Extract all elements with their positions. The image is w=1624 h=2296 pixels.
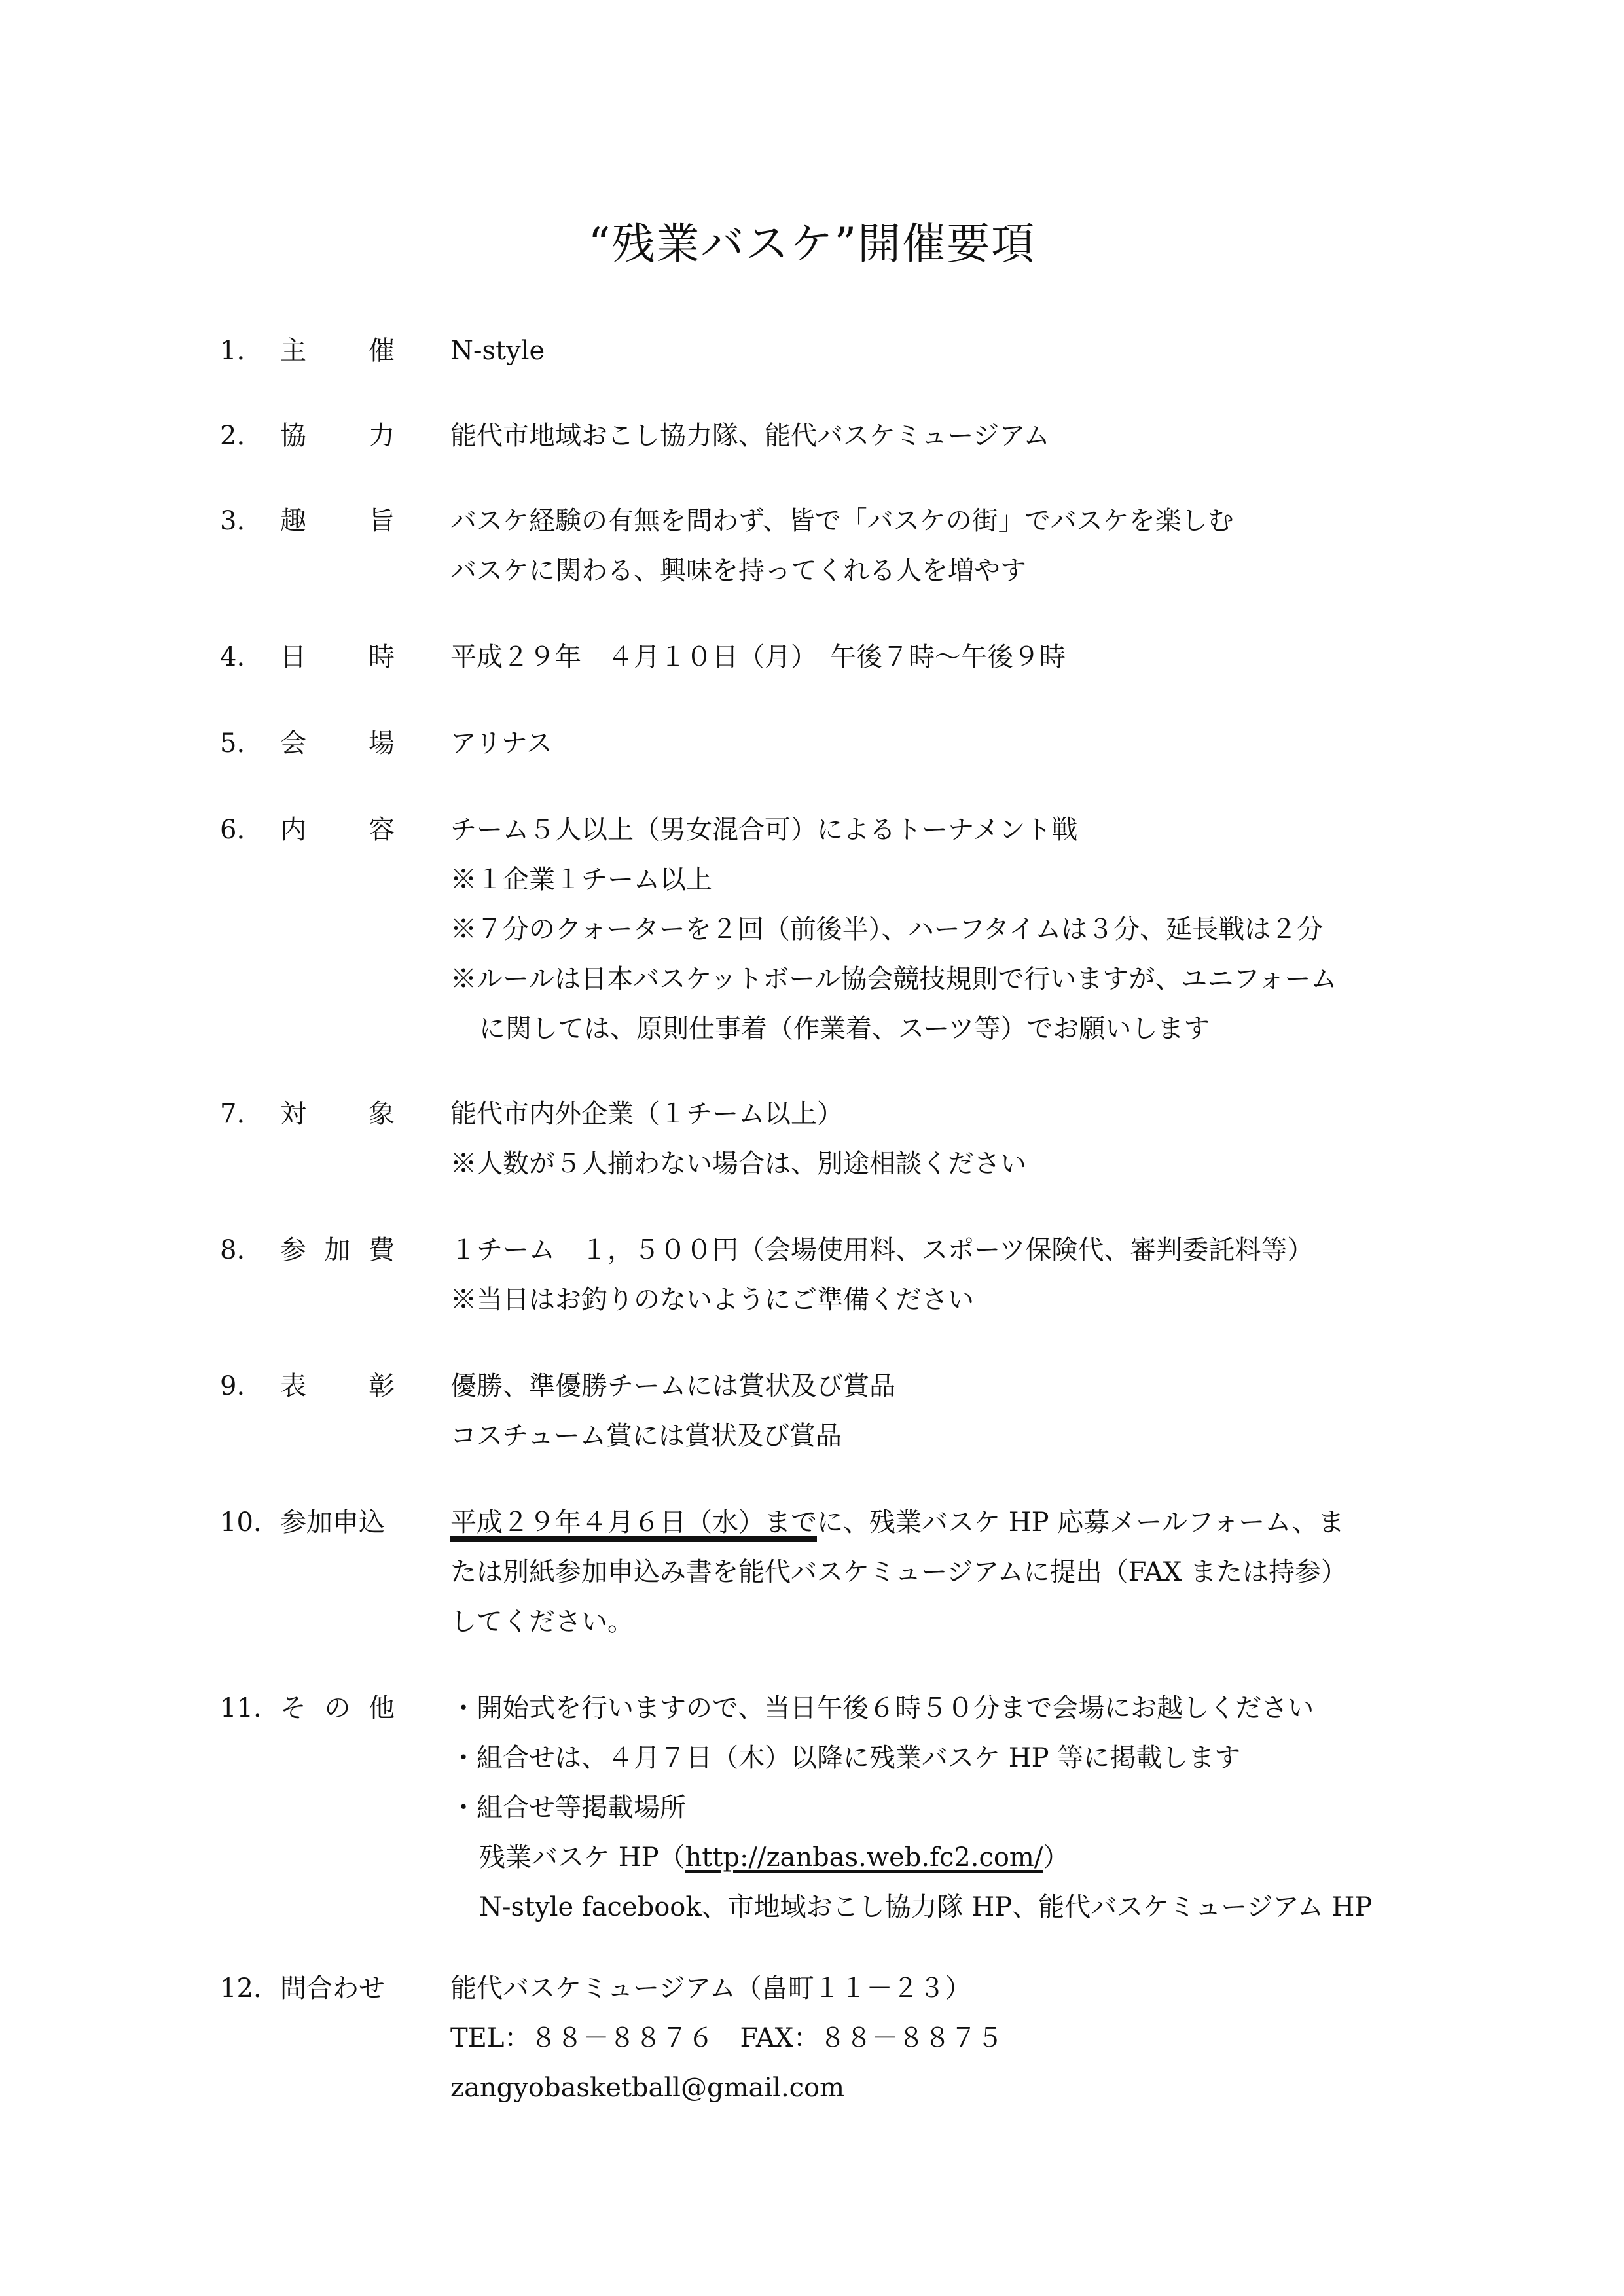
document-title: “残業バスケ”開催要項	[0, 215, 1624, 274]
section-number: 9.	[220, 1361, 279, 1411]
body-line: 平成２９年４月６日（水）までに、残業バスケ HP 応募メールフォーム、ま	[450, 1498, 1471, 1547]
body-line: ※当日はお釣りのないようにご準備ください	[450, 1275, 1471, 1325]
body-line: ※７分のクォーターを２回（前後半）、ハーフタイムは３分、延長戦は２分	[450, 905, 1471, 954]
label-char: そ	[280, 1683, 306, 1733]
label-char: 主	[280, 326, 306, 376]
section-label: 参 加 費	[280, 1225, 395, 1275]
zanbas-hp-link[interactable]: http://zanbas.web.fc2.com/	[685, 1842, 1043, 1873]
body-line: 平成２９年 ４月１０日（月） 午後７時〜午後９時	[450, 632, 1471, 682]
section-body: １チーム １，５００円（会場使用料、スポーツ保険代、審判委託料等） ※当日はお釣…	[450, 1225, 1471, 1325]
application-deadline: 平成２９年４月６日（水）まで	[450, 1507, 817, 1537]
section-number: 10.	[220, 1498, 279, 1547]
body-line: に関しては、原則仕事着（作業着、スーツ等）でお願いします	[450, 1004, 1471, 1054]
contact-email[interactable]: zangyobasketball@gmail.com	[450, 2063, 1471, 2113]
section-body: バスケ経験の有無を問わず、皆で「バスケの街」でバスケを楽しむ バスケに関わる、興…	[450, 496, 1471, 596]
body-line: してください。	[450, 1597, 1471, 1647]
body-line: 能代市地域おこし協力隊、能代バスケミュージアム	[450, 411, 1471, 461]
label-char: 参	[280, 1225, 306, 1275]
section-label: 協 力	[280, 411, 395, 461]
body-line: バスケ経験の有無を問わず、皆で「バスケの街」でバスケを楽しむ	[450, 496, 1471, 546]
section-body: N-style	[450, 326, 1471, 376]
section-body: チーム５人以上（男女混合可）によるトーナメント戦 ※１企業１チーム以上 ※７分の…	[450, 805, 1471, 1054]
body-line: ・組合せ等掲載場所	[450, 1783, 1471, 1833]
body-text: 残業バスケ HP（	[479, 1842, 685, 1873]
body-line: ※人数が５人揃わない場合は、別途相談ください	[450, 1139, 1471, 1189]
body-line: たは別紙参加申込み書を能代バスケミュージアムに提出（FAX または持参）	[450, 1547, 1471, 1597]
label-char: 容	[369, 805, 395, 855]
document-page: “残業バスケ”開催要項 1. 主 催 N-style 2. 協 力 能代市地域お…	[0, 0, 1624, 2296]
body-line: N-style facebook、市地域おこし協力隊 HP、能代バスケミュージア…	[450, 1882, 1471, 1932]
label-char: 力	[369, 411, 395, 461]
body-line: １チーム １，５００円（会場使用料、スポーツ保険代、審判委託料等）	[450, 1225, 1471, 1275]
section-number: 12.	[220, 1964, 279, 2013]
section-body: 優勝、準優勝チームには賞状及び賞品 コスチューム賞には賞状及び賞品	[450, 1361, 1471, 1461]
label-char: 内	[280, 805, 306, 855]
label-char: 趣	[280, 496, 306, 546]
section-body: 能代バスケミュージアム（畠町１１－２３） TEL：８８－８８７６ FAX：８８－…	[450, 1964, 1471, 2113]
label-char: 対	[280, 1089, 306, 1139]
section-label: 主 催	[280, 326, 395, 376]
section-number: 5.	[220, 719, 279, 768]
body-line: 優勝、準優勝チームには賞状及び賞品	[450, 1361, 1471, 1411]
section-number: 8.	[220, 1225, 279, 1275]
label-char: 他	[369, 1683, 395, 1733]
label-char: 加	[325, 1225, 351, 1275]
section-body: 能代市内外企業（１チーム以上） ※人数が５人揃わない場合は、別途相談ください	[450, 1089, 1471, 1189]
body-line: 残業バスケ HP（http://zanbas.web.fc2.com/）	[450, 1833, 1471, 1882]
label-char: 時	[369, 632, 395, 682]
section-label: そ の 他	[280, 1683, 395, 1733]
contact-address: 能代バスケミュージアム（畠町１１－２３）	[450, 1964, 1471, 2013]
section-number: 11.	[220, 1683, 279, 1733]
label-char: 彰	[369, 1361, 395, 1411]
body-line: チーム５人以上（男女混合可）によるトーナメント戦	[450, 805, 1471, 855]
body-text: に、残業バスケ HP 応募メールフォーム、ま	[817, 1507, 1344, 1537]
label-char: 会	[280, 719, 306, 768]
label-char: 日	[280, 632, 306, 682]
body-line: バスケに関わる、興味を持ってくれる人を増やす	[450, 546, 1471, 596]
body-line: アリナス	[450, 719, 1471, 768]
section-number: 2.	[220, 411, 279, 461]
body-line: ・組合せは、４月７日（木）以降に残業バスケ HP 等に掲載します	[450, 1733, 1471, 1783]
section-number: 7.	[220, 1089, 279, 1139]
body-line: ※１企業１チーム以上	[450, 855, 1471, 905]
section-label: 表 彰	[280, 1361, 395, 1411]
section-number: 4.	[220, 632, 279, 682]
section-label: 内 容	[280, 805, 395, 855]
section-body: 平成２９年 ４月１０日（月） 午後７時〜午後９時	[450, 632, 1471, 682]
label-char: 場	[369, 719, 395, 768]
body-line: ・開始式を行いますので、当日午後６時５０分まで会場にお越しください	[450, 1683, 1471, 1733]
label-char: 表	[280, 1361, 306, 1411]
section-body: アリナス	[450, 719, 1471, 768]
body-text: ）	[1043, 1842, 1069, 1873]
label-char: 費	[369, 1225, 395, 1275]
body-line: N-style	[450, 326, 1471, 376]
section-number: 6.	[220, 805, 279, 855]
body-line: コスチューム賞には賞状及び賞品	[450, 1411, 1471, 1461]
section-body: 平成２９年４月６日（水）までに、残業バスケ HP 応募メールフォーム、ま たは別…	[450, 1498, 1471, 1647]
label-char: の	[325, 1683, 351, 1733]
body-line: 能代市内外企業（１チーム以上）	[450, 1089, 1471, 1139]
section-label: 趣 旨	[280, 496, 395, 546]
label-char: 協	[280, 411, 306, 461]
label-char: 象	[369, 1089, 395, 1139]
contact-phone-fax: TEL：８８－８８７６ FAX：８８－８８７５	[450, 2013, 1471, 2063]
section-number: 1.	[220, 326, 279, 376]
section-body: ・開始式を行いますので、当日午後６時５０分まで会場にお越しください ・組合せは、…	[450, 1683, 1471, 1932]
label-char: 催	[369, 326, 395, 376]
section-body: 能代市地域おこし協力隊、能代バスケミュージアム	[450, 411, 1471, 461]
label-char: 旨	[369, 496, 395, 546]
body-line: ※ルールは日本バスケットボール協会競技規則で行いますが、ユニフォーム	[450, 954, 1471, 1004]
section-number: 3.	[220, 496, 279, 546]
section-label: 会 場	[280, 719, 395, 768]
section-label: 対 象	[280, 1089, 395, 1139]
section-label: 日 時	[280, 632, 395, 682]
